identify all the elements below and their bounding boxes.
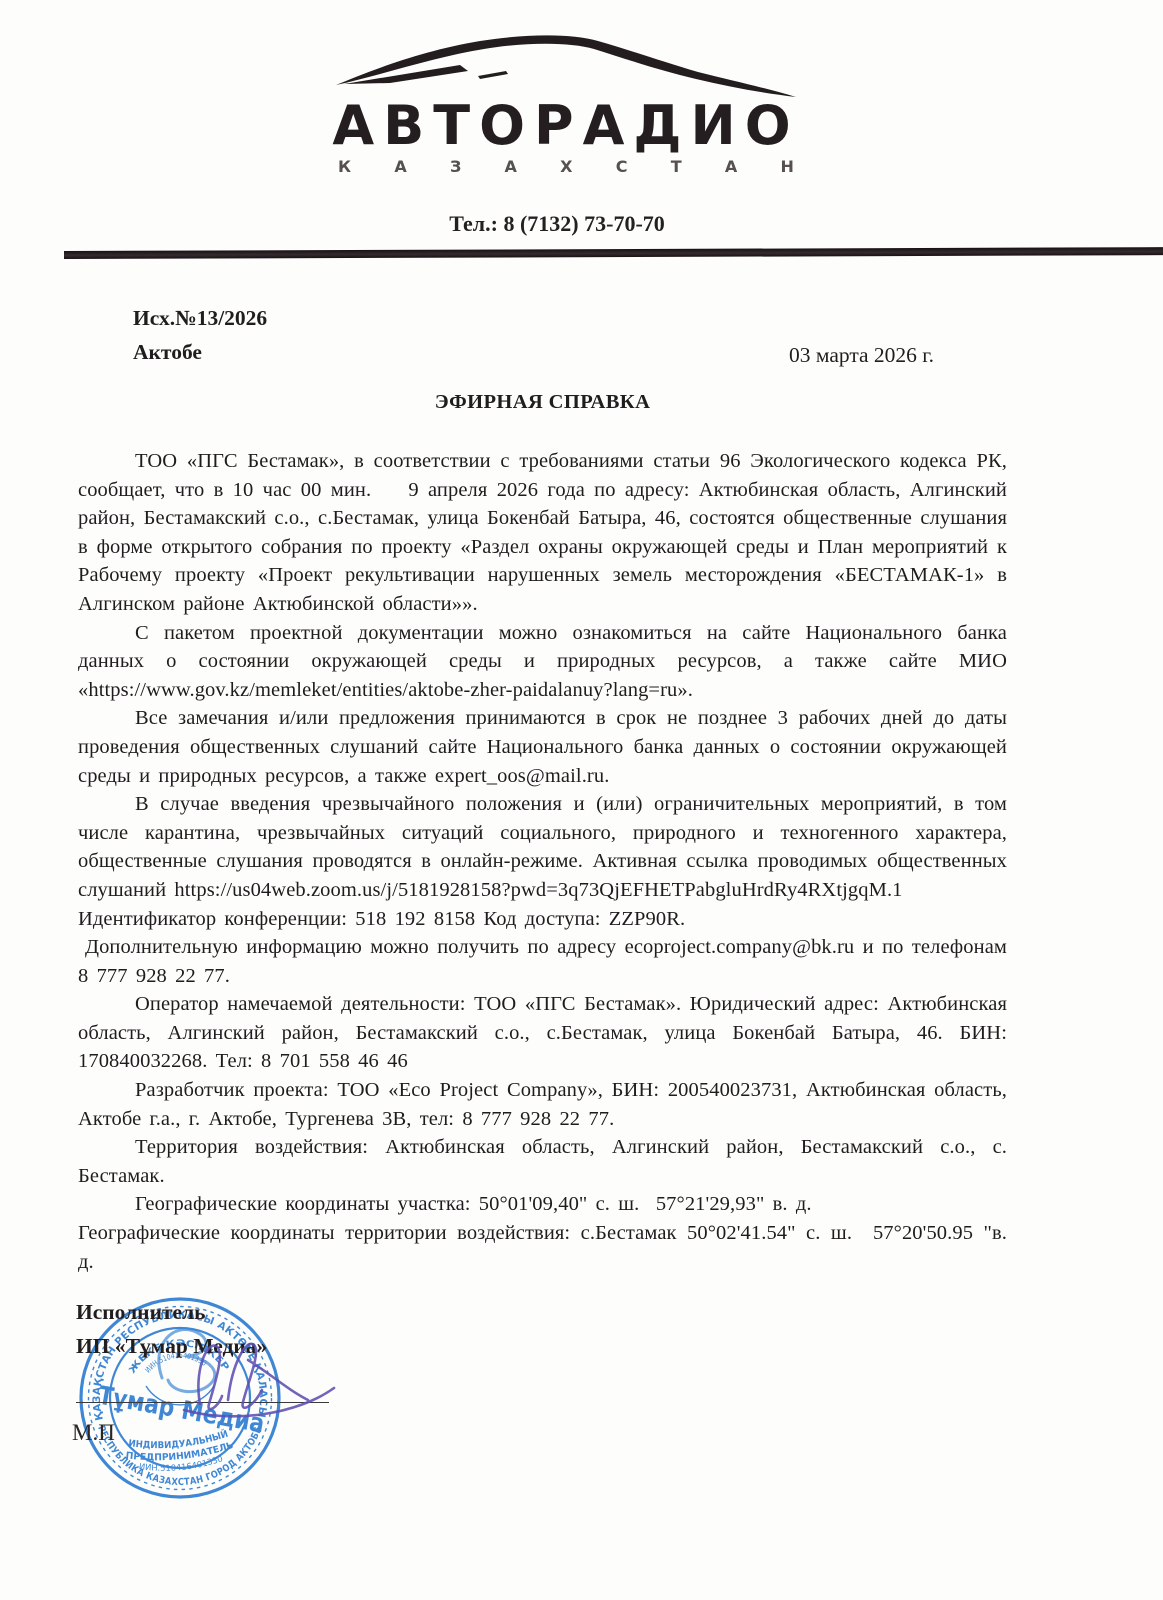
body-paragraph: В случае введения чрезвычайного положени… (78, 790, 1007, 904)
country-letters: КАЗАХСТАН (338, 157, 794, 176)
body-paragraph: Географические координаты участка: 50°01… (78, 1190, 1007, 1219)
doc-date: 03 марта 2026 г. (789, 343, 934, 368)
country-letter: Н (781, 157, 794, 176)
country-letter: З (450, 157, 461, 176)
country-letter: Т (671, 157, 682, 176)
country-letter: К (338, 157, 351, 176)
body-paragraph: Все замечания и/или предложения принимаю… (78, 704, 1007, 790)
country-letter: Х (560, 157, 572, 176)
body-paragraph: Оператор намечаемой деятельности: ТОО «П… (78, 990, 1007, 1076)
body-paragraph: Разработчик проекта: ТОО «Eco Project Co… (78, 1076, 1007, 1133)
country-letter: С (616, 157, 628, 176)
ref-block: Исх.№13/2026 Актобе (133, 301, 267, 369)
body-paragraph: Географические координаты территории воз… (78, 1219, 1007, 1276)
body-paragraph: ТОО «ПГС Бестамак», в соответствии с тре… (78, 447, 1007, 619)
country-letter: А (725, 157, 737, 176)
body-paragraph: С пакетом проектной документации можно о… (78, 619, 1007, 705)
document-page: АВТОРАДИО КАЗАХСТАН Тел.: 8 (7132) 73-70… (0, 0, 1163, 1600)
country-letter: А (394, 157, 406, 176)
country-letter: А (505, 157, 517, 176)
body-paragraph: Дополнительную информацию можно получить… (78, 933, 1007, 990)
body-paragraph: Идентификатор конференции: 518 192 8158 … (78, 905, 1007, 934)
city: Актобе (133, 335, 267, 369)
phone-number: Тел.: 8 (7132) 73-70-70 (0, 211, 1114, 237)
doc-title: ЭФИРНАЯ СПРАВКА (78, 391, 1007, 414)
body-text: ТОО «ПГС Бестамак», в соответствии с тре… (78, 447, 1007, 1276)
body-paragraph: Территория воздействия: Актюбинская обла… (78, 1133, 1007, 1190)
ref-number: Исх.№13/2026 (133, 301, 267, 335)
seal-mark: М.П (72, 1420, 115, 1446)
signature-icon (148, 1312, 378, 1432)
header-rule (64, 247, 1163, 259)
brand-wordmark: АВТОРАДИО (322, 94, 810, 157)
